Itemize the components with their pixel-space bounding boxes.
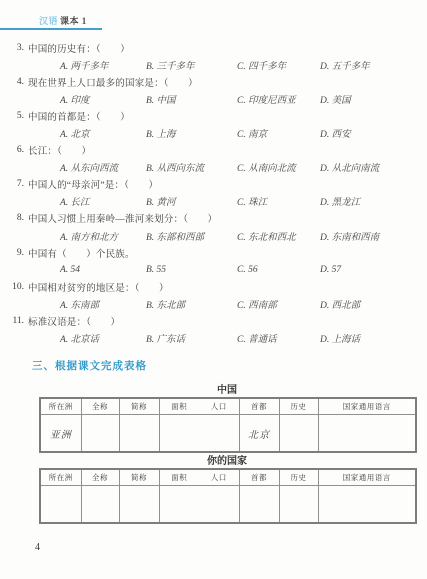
- option-b: B. 广东话: [146, 331, 237, 345]
- cell-capital[interactable]: [239, 486, 279, 524]
- question-number: 4.: [0, 77, 24, 87]
- question-number: 3.: [0, 43, 24, 53]
- question-number: 6.: [0, 145, 24, 155]
- table-your-country: 你的国家 所在洲 全称 简称 面积 人口 首都 历史 国家通用语言: [39, 452, 415, 524]
- cell-fullname[interactable]: [81, 486, 119, 524]
- col-area-population: 面积 人口: [159, 398, 239, 415]
- option-a: A. 北京话: [60, 331, 146, 345]
- question-stem: 7. 中国人的“母亲河”是：（ ）: [0, 176, 427, 193]
- table-your-country-grid: 所在洲 全称 简称 面积 人口 首都 历史 国家通用语言: [39, 468, 417, 524]
- option-d: D. 五千多年: [320, 58, 427, 72]
- cell-continent[interactable]: [40, 486, 81, 524]
- option-c: C. 四千多年: [237, 58, 320, 72]
- option-d: D. 黑龙江: [320, 194, 427, 208]
- cell-shortname[interactable]: [119, 415, 159, 453]
- section-heading: 三、根据课文完成表格: [32, 358, 147, 373]
- question-options: A. 54 B. 55 C. 56 D. 57: [0, 261, 427, 278]
- col-history: 历史: [279, 398, 318, 415]
- option-d: D. 从北向南流: [320, 160, 427, 174]
- cell-area-population[interactable]: [159, 415, 239, 453]
- cell-area-population[interactable]: [159, 486, 239, 524]
- col-population: 人口: [211, 401, 227, 412]
- question-options: A. 南方和北方 B. 东部和西部 C. 东北和西北 D. 东南和西南: [0, 227, 427, 244]
- question-text: 中国人习惯上用秦岭—淮河来划分：（ ）: [28, 211, 217, 225]
- col-population: 人口: [211, 472, 227, 483]
- option-c: C. 东北和西北: [237, 229, 320, 243]
- option-c: C. 从南向北流: [237, 160, 320, 174]
- table-china: 中国 所在洲 全称 简称 面积 人口 首都 历史 国家通用语言: [39, 381, 415, 453]
- question-options: A. 两千多年 B. 三千多年 C. 四千多年 D. 五千多年: [0, 56, 427, 73]
- option-c: C. 南京: [237, 126, 320, 140]
- option-d: D. 美国: [320, 92, 427, 106]
- cell-fullname[interactable]: [81, 415, 119, 453]
- col-language: 国家通用语言: [318, 398, 416, 415]
- question-stem: 3. 中国的历史有：（ ）: [0, 39, 427, 56]
- option-a: A. 54: [60, 265, 146, 275]
- option-d: D. 上海话: [320, 331, 427, 345]
- table-header-row: 所在洲 全称 简称 面积 人口 首都 历史 国家通用语言: [40, 469, 416, 486]
- option-a: A. 北京: [60, 126, 146, 140]
- page-number: 4: [35, 542, 40, 553]
- option-d: D. 东南和西南: [320, 229, 427, 243]
- col-area: 面积: [171, 472, 187, 483]
- question-text: 中国有（ ）个民族。: [28, 246, 135, 260]
- question-text: 现在世界上人口最多的国家是：（ ）: [28, 75, 198, 89]
- option-d: D. 西安: [320, 126, 427, 140]
- book-label: 课本 1: [60, 16, 87, 26]
- question-options: A. 印度 B. 中国 C. 印度尼西亚 D. 美国: [0, 90, 427, 107]
- col-shortname: 简称: [119, 469, 159, 486]
- question-number: 8.: [0, 213, 24, 223]
- cell-language[interactable]: [318, 486, 416, 524]
- question-list: 3. 中国的历史有：（ ） A. 两千多年 B. 三千多年 C. 四千多年 D.…: [0, 39, 427, 347]
- cell-shortname[interactable]: [119, 486, 159, 524]
- option-d: D. 西北部: [320, 297, 427, 311]
- question-text: 中国的首都是：（ ）: [28, 109, 130, 123]
- option-b: B. 东北部: [146, 297, 237, 311]
- question-stem: 8. 中国人习惯上用秦岭—淮河来划分：（ ）: [0, 210, 427, 227]
- question-options: A. 长江 B. 黄河 C. 珠江 D. 黑龙江: [0, 193, 427, 210]
- option-c: C. 普通话: [237, 331, 320, 345]
- option-a: A. 印度: [60, 92, 146, 106]
- option-c: C. 56: [237, 265, 320, 275]
- cell-history[interactable]: [279, 415, 318, 453]
- option-b: B. 中国: [146, 92, 237, 106]
- cell-capital[interactable]: 北京: [239, 415, 279, 453]
- question-number: 10.: [0, 282, 24, 292]
- option-a: A. 南方和北方: [60, 229, 146, 243]
- cell-continent[interactable]: 亚洲: [40, 415, 81, 453]
- question-stem: 10. 中国相对贫穷的地区是：（ ）: [0, 278, 427, 295]
- question-text: 长江：（ ）: [28, 143, 91, 157]
- option-a: A. 两千多年: [60, 58, 146, 72]
- option-d: D. 57: [320, 265, 427, 275]
- col-continent: 所在洲: [40, 469, 81, 486]
- col-language: 国家通用语言: [318, 469, 416, 486]
- question-stem: 11. 标准汉语是：（ ）: [0, 313, 427, 330]
- option-c: C. 印度尼西亚: [237, 92, 320, 106]
- question-text: 中国的历史有：（ ）: [28, 41, 130, 55]
- option-c: C. 珠江: [237, 194, 320, 208]
- question-options: A. 从东向西流 B. 从西向东流 C. 从南向北流 D. 从北向南流: [0, 159, 427, 176]
- question-text: 中国人的“母亲河”是：（ ）: [28, 177, 158, 191]
- col-capital: 首都: [239, 398, 279, 415]
- option-c: C. 西南部: [237, 297, 320, 311]
- col-history: 历史: [279, 469, 318, 486]
- question-text: 中国相对贫穷的地区是：（ ）: [28, 280, 169, 294]
- col-shortname: 简称: [119, 398, 159, 415]
- question-options: A. 北京话 B. 广东话 C. 普通话 D. 上海话: [0, 330, 427, 347]
- header-rule: [0, 28, 102, 30]
- col-area: 面积: [171, 401, 187, 412]
- option-b: B. 上海: [146, 126, 237, 140]
- question-stem: 4. 现在世界上人口最多的国家是：（ ）: [0, 73, 427, 90]
- option-a: A. 东南部: [60, 297, 146, 311]
- question-text: 标准汉语是：（ ）: [28, 314, 120, 328]
- table-china-grid: 所在洲 全称 简称 面积 人口 首都 历史 国家通用语言 亚洲 北京: [39, 397, 417, 453]
- col-capital: 首都: [239, 469, 279, 486]
- table-china-title: 中国: [39, 381, 415, 397]
- question-number: 7.: [0, 179, 24, 189]
- option-a: A. 长江: [60, 194, 146, 208]
- question-options: A. 北京 B. 上海 C. 南京 D. 西安: [0, 124, 427, 141]
- question-stem: 6. 长江：（ ）: [0, 142, 427, 159]
- series-badge: 汉语: [39, 16, 58, 26]
- question-stem: 9. 中国有（ ）个民族。: [0, 244, 427, 261]
- question-stem: 5. 中国的首都是：（ ）: [0, 107, 427, 124]
- option-b: B. 黄河: [146, 194, 237, 208]
- option-b: B. 55: [146, 265, 237, 275]
- col-continent: 所在洲: [40, 398, 81, 415]
- option-a: A. 从东向西流: [60, 160, 146, 174]
- question-number: 9.: [0, 248, 24, 258]
- option-b: B. 三千多年: [146, 58, 237, 72]
- table-row: [40, 486, 416, 524]
- cell-history[interactable]: [279, 486, 318, 524]
- cell-language[interactable]: [318, 415, 416, 453]
- table-your-country-title: 你的国家: [39, 452, 415, 468]
- option-b: B. 从西向东流: [146, 160, 237, 174]
- question-options: A. 东南部 B. 东北部 C. 西南部 D. 西北部: [0, 295, 427, 312]
- running-header: 汉语课本 1: [39, 14, 87, 27]
- question-number: 11.: [0, 316, 24, 326]
- col-area-population: 面积 人口: [159, 469, 239, 486]
- question-number: 5.: [0, 111, 24, 121]
- workbook-page: 汉语课本 1 3. 中国的历史有：（ ） A. 两千多年 B. 三千多年 C. …: [0, 0, 427, 579]
- option-b: B. 东部和西部: [146, 229, 237, 243]
- table-row: 亚洲 北京: [40, 415, 416, 453]
- col-fullname: 全称: [81, 469, 119, 486]
- col-fullname: 全称: [81, 398, 119, 415]
- table-header-row: 所在洲 全称 简称 面积 人口 首都 历史 国家通用语言: [40, 398, 416, 415]
